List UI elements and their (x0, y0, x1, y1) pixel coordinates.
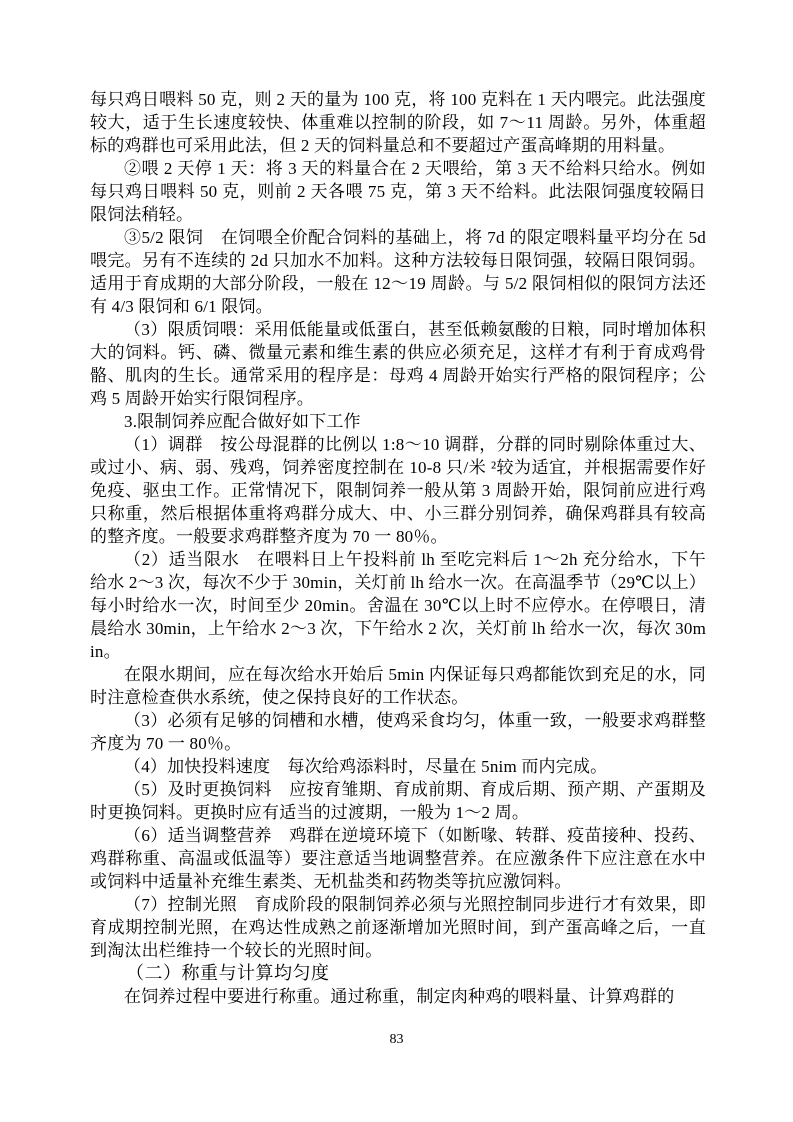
text-paragraph: 每只鸡日喂料 50 克，则 2 天的量为 100 克，将 100 克料在 1 天… (90, 88, 706, 157)
text-paragraph: 在饲养过程中要进行称重。通过称重，制定肉种鸡的喂料量、计算鸡群的 (90, 985, 706, 1008)
text-paragraph: （5）及时更换饲料 应按育雏期、育成前期、育成后期、预产期、产蛋期及时更换饲料。… (90, 778, 706, 824)
text-paragraph: （7）控制光照 育成阶段的限制饲养必须与光照控制同步进行才有效果，即育成期控制光… (90, 893, 706, 962)
text-paragraph: （2）适当限水 在喂料日上午投料前 lh 至吃完料后 1～2h 充分给水，下午给… (90, 548, 706, 663)
section-heading: （二）称重与计算均匀度 (90, 962, 706, 985)
text-paragraph: （4）加快投料速度 每次给鸡添料时，尽量在 5nim 而内完成。 (90, 755, 706, 778)
text-paragraph: （3）限质饲喂：采用低能量或低蛋白，甚至低赖氨酸的日粮，同时增加体积大的饲料。钙… (90, 318, 706, 410)
text-paragraph: 在限水期间，应在每次给水开始后 5min 内保证每只鸡都能饮到充足的水，同时注意… (90, 663, 706, 709)
page-number: 83 (0, 1032, 793, 1048)
text-paragraph: （3）必须有足够的饲槽和水槽，使鸡采食均匀，体重一致，一般要求鸡群整齐度为 70… (90, 709, 706, 755)
document-page: 每只鸡日喂料 50 克，则 2 天的量为 100 克，将 100 克料在 1 天… (0, 0, 793, 1122)
list-heading: 3.限制饲养应配合做好如下工作 (90, 410, 706, 433)
text-paragraph: （1）调群 按公母混群的比例以 1:8～10 调群，分群的同时剔除体重过大、或过… (90, 433, 706, 548)
text-paragraph: （6）适当调整营养 鸡群在逆境环境下（如断喙、转群、疫苗接种、投药、鸡群称重、高… (90, 824, 706, 893)
document-body: 每只鸡日喂料 50 克，则 2 天的量为 100 克，将 100 克料在 1 天… (90, 88, 706, 1008)
text-paragraph: ③5/2 限饲 在饲喂全价配合饲料的基础上，将 7d 的限定喂料量平均分在 5d… (90, 226, 706, 318)
text-paragraph: ②喂 2 天停 1 天：将 3 天的料量合在 2 天喂给，第 3 天不给料只给水… (90, 157, 706, 226)
